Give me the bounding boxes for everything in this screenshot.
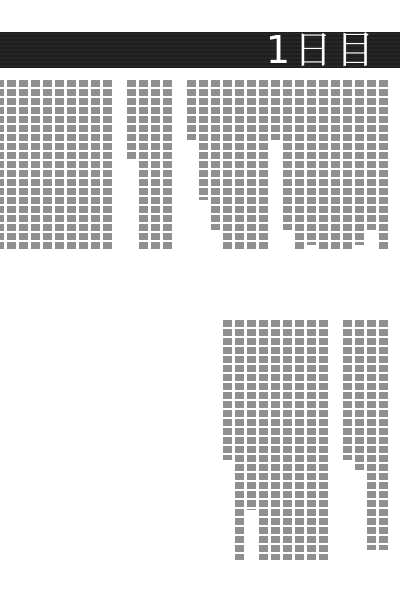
text-column-placeholder <box>343 320 352 460</box>
text-column-placeholder <box>343 80 352 250</box>
text-column-placeholder <box>235 80 244 250</box>
chapter-title: 1日目 <box>266 30 378 70</box>
text-column-placeholder <box>43 80 52 250</box>
text-column-placeholder <box>163 80 172 250</box>
lower-text-tier <box>223 320 388 570</box>
text-column-placeholder <box>307 80 316 245</box>
text-column-placeholder <box>211 80 220 230</box>
text-column-placeholder <box>367 80 376 230</box>
text-column-placeholder <box>55 80 64 250</box>
text-column-placeholder <box>355 80 364 245</box>
text-column-placeholder <box>19 80 28 250</box>
text-column-placeholder <box>31 80 40 250</box>
text-column-placeholder <box>103 80 112 250</box>
text-column-placeholder <box>91 80 100 250</box>
text-column-placeholder <box>319 320 328 560</box>
text-column-placeholder <box>151 80 160 250</box>
text-column-placeholder <box>259 320 268 560</box>
text-column-placeholder <box>223 320 232 460</box>
text-column-placeholder <box>283 80 292 230</box>
text-column-placeholder <box>247 80 256 250</box>
text-column-placeholder <box>331 80 340 250</box>
text-column-placeholder <box>7 80 16 250</box>
text-column-placeholder <box>379 80 388 250</box>
text-column-placeholder <box>259 80 268 250</box>
text-column-placeholder <box>223 80 232 250</box>
text-column-placeholder <box>187 80 196 140</box>
text-column-placeholder <box>0 80 4 250</box>
text-column-placeholder <box>271 80 280 140</box>
text-column-placeholder <box>235 320 244 560</box>
text-column-placeholder <box>295 80 304 250</box>
text-column-placeholder <box>127 80 136 160</box>
text-column-placeholder <box>367 320 376 550</box>
text-column-placeholder <box>307 320 316 560</box>
text-column-placeholder <box>319 80 328 250</box>
text-column-placeholder <box>271 320 280 560</box>
upper-text-tier <box>0 80 388 300</box>
text-column-placeholder <box>139 80 148 250</box>
text-column-placeholder <box>355 320 364 470</box>
text-column-placeholder <box>247 320 256 510</box>
text-column-placeholder <box>295 320 304 560</box>
text-column-placeholder <box>199 80 208 200</box>
text-column-placeholder <box>67 80 76 250</box>
text-column-placeholder <box>79 80 88 250</box>
text-column-placeholder <box>379 320 388 550</box>
text-column-placeholder <box>283 320 292 560</box>
